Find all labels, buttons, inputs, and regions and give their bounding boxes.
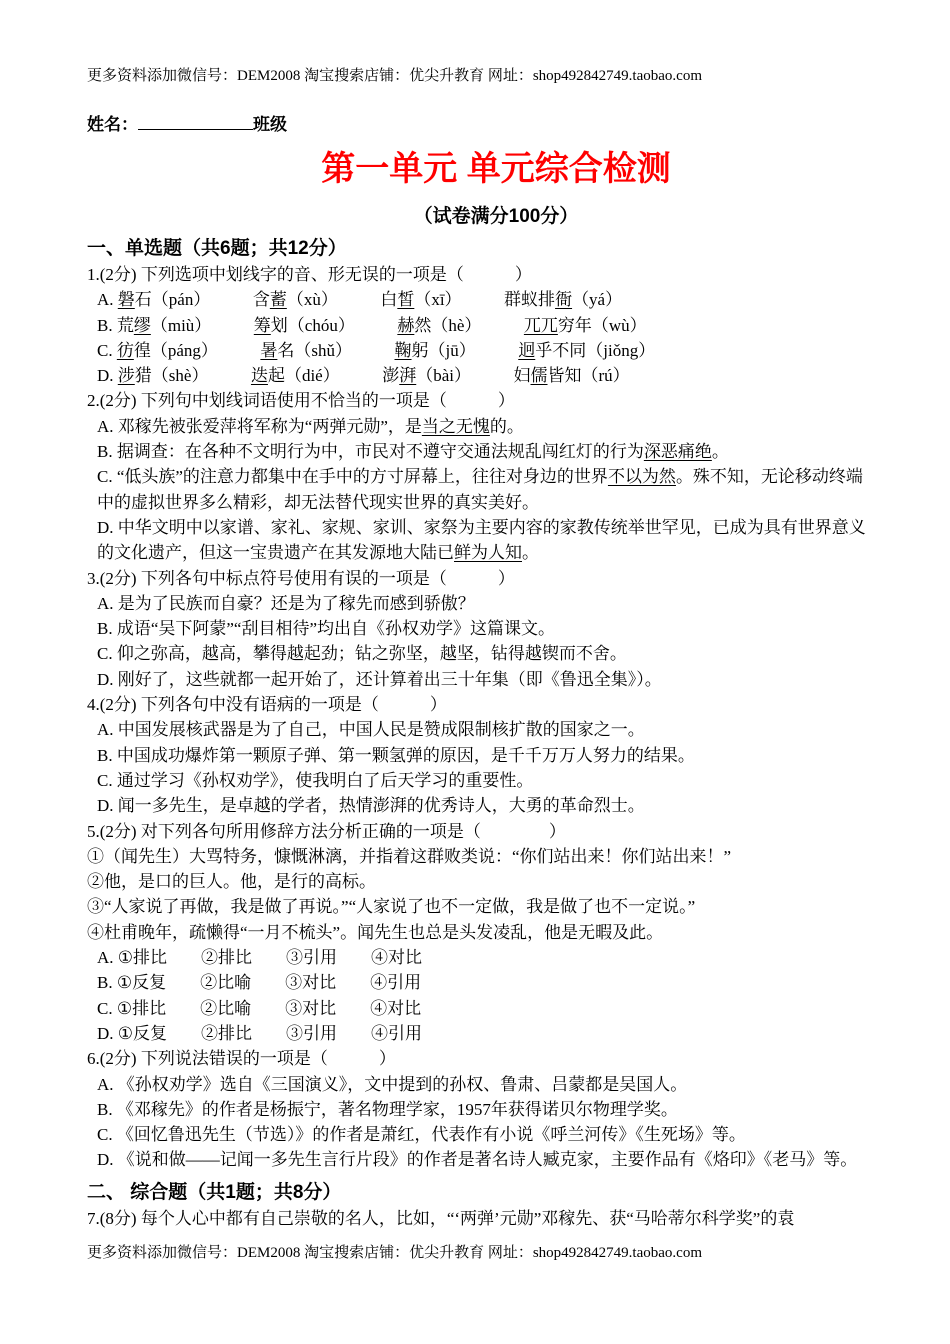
text-run: A. ①排比 ②排比 ③引用 ④对比 xyxy=(97,948,422,967)
exam-total-score: （试卷满分100分） xyxy=(87,205,905,229)
question-line: B. 荒缪（miù） 筹划（chóu） 赫然（hè） 兀兀穷年（wù） xyxy=(87,313,905,338)
question-stem: 4.(2分) 下列各句中没有语病的一项是（ ） xyxy=(87,692,905,717)
question-line: B. ①反复 ②比喻 ③对比 ④引用 xyxy=(87,970,905,995)
underlined-text: 不以为然 xyxy=(608,467,676,486)
question-line: A. 《孙权劝学》选自《三国演义》，文中提到的孙权、鲁肃、吕蒙都是吴国人。 xyxy=(87,1072,905,1097)
underlined-text: 迭 xyxy=(251,366,268,385)
underlined-text: 鞠 xyxy=(395,341,412,360)
name-class-row: 姓名：班级 xyxy=(87,112,905,138)
question-line: B. 《邓稼先》的作者是杨振宁，著名物理学家，1957年获得诺贝尔物理学奖。 xyxy=(87,1097,905,1122)
question-line: ①（闻先生）大骂特务，慷慨淋漓，并指着这群败类说：“你们站出来！你们站出来！” xyxy=(87,844,905,869)
underlined-text: 迥 xyxy=(518,341,535,360)
section-heading: 二、 综合题（共1题；共8分） xyxy=(87,1180,905,1206)
underlined-text: 兀兀 xyxy=(524,316,558,335)
question-stem: 3.(2分) 下列各句中标点符号使用有误的一项是（ ） xyxy=(87,566,905,591)
name-label: 姓名： xyxy=(87,115,138,134)
text-run: 猎（shè） xyxy=(135,366,251,385)
underlined-text: 鲜为人知 xyxy=(454,543,522,562)
question-line: B. 成语“吴下阿蒙”“刮目相待”均出自《孙权劝学》这篇课文。 xyxy=(87,616,905,641)
question-line: D. ①反复 ②排比 ③引用 ④引用 xyxy=(87,1021,905,1046)
text-run: B. 《邓稼先》的作者是杨振宁，著名物理学家，1957年获得诺贝尔物理学奖。 xyxy=(97,1100,678,1119)
text-run: 穷年（wù） xyxy=(558,316,647,335)
underlined-text: 缪 xyxy=(134,316,151,335)
question-stem: 2.(2分) 下列句中划线词语使用不恰当的一项是（ ） xyxy=(87,388,905,413)
question-line: A. 磐石（pán） 含蓄（xù） 白皙（xī） 群蚁排衙（yá） xyxy=(87,287,905,312)
question-line: C. 通过学习《孙权劝学》，使我明白了后天学习的重要性。 xyxy=(87,768,905,793)
text-run: 。 xyxy=(522,543,539,562)
text-run: （miù） xyxy=(151,316,254,335)
question-line: B. 中国成功爆炸第一颗原子弹、第一颗氢弹的原因，是千千万万人努力的结果。 xyxy=(87,743,905,768)
underlined-text: 当之无愧 xyxy=(422,417,490,436)
text-run: A. xyxy=(97,290,118,309)
text-run: C. “低头族”的注意力都集中在手中的方寸屏幕上，往往对身边的世界 xyxy=(97,467,608,486)
text-run: C. 通过学习《孙权劝学》，使我明白了后天学习的重要性。 xyxy=(97,771,533,790)
underlined-text: 涉 xyxy=(118,366,135,385)
text-run: C. 《回忆鲁迅先生（节选）》的作者是萧红，代表作有小说《呼兰河传》《生死场》等… xyxy=(97,1125,746,1144)
question-line: ②他，是口的巨人。他，是行的高标。 xyxy=(87,869,905,894)
text-run: D. xyxy=(97,366,118,385)
text-run: 的文化遗产，但这一宝贵遗产在其发源地大陆已 xyxy=(97,543,454,562)
page-footer-note: 更多资料添加微信号：DEM2008 淘宝搜索店铺：优尖升教育 网址：shop49… xyxy=(87,1243,702,1263)
question-line: D. 中华文明中以家谱、家礼、家规、家训、家祭为主要内容的家教传统举世罕见，已成… xyxy=(87,515,905,540)
text-run: A. 中国发展核武器是为了自己，中国人民是赞成限制核扩散的国家之一。 xyxy=(97,720,645,739)
underlined-text: 皙 xyxy=(397,290,414,309)
text-run: C. 仰之弥高，越高，攀得越起劲；钻之弥坚，越坚，钻得越锲而不舍。 xyxy=(97,644,627,663)
text-run: D. 中华文明中以家谱、家礼、家规、家训、家祭为主要内容的家教传统举世罕见，已成… xyxy=(97,518,866,537)
questions-container: 一、单选题（共6题；共12分）1.(2分) 下列选项中划线字的音、形无误的一项是… xyxy=(87,236,905,1231)
text-run: 躬（jū） xyxy=(412,341,519,360)
question-line: C. 《回忆鲁迅先生（节选）》的作者是萧红，代表作有小说《呼兰河传》《生死场》等… xyxy=(87,1122,905,1147)
text-run: 2.(2分) 下列句中划线词语使用不恰当的一项是（ ） xyxy=(87,391,515,410)
question-line: D. 刚好了，这些就都一起开始了，还计算着出三十年集（即《鲁迅全集》）。 xyxy=(87,667,905,692)
text-run: 皆知（rú） xyxy=(548,366,630,385)
underlined-text: 儒 xyxy=(531,366,548,385)
text-run: 然（hè） xyxy=(414,316,524,335)
text-run: ②他，是口的巨人。他，是行的高标。 xyxy=(87,872,376,891)
question-line: ④杜甫晚年，疏懒得“一月不梳头”。闻先生也总是头发凌乱，他是无暇及此。 xyxy=(87,920,905,945)
question-stem: 6.(2分) 下列说法错误的一项是（ ） xyxy=(87,1046,905,1071)
question-line: 中的虚拟世界多么精彩，却无法替代现实世界的真实美好。 xyxy=(87,490,905,515)
underlined-text: 蓄 xyxy=(270,290,287,309)
text-run: （yá） xyxy=(572,290,622,309)
text-run: 名（shǔ） xyxy=(277,341,394,360)
underlined-text: 磐 xyxy=(118,290,135,309)
question-line: C. “低头族”的注意力都集中在手中的方寸屏幕上，往往对身边的世界不以为然。殊不… xyxy=(87,464,905,489)
underlined-text: 筹 xyxy=(254,316,271,335)
text-run: ④杜甫晚年，疏懒得“一月不梳头”。闻先生也总是头发凌乱，他是无暇及此。 xyxy=(87,923,663,942)
name-blank-field xyxy=(138,114,253,130)
text-run: A. 《孙权劝学》选自《三国演义》，文中提到的孙权、鲁肃、吕蒙都是吴国人。 xyxy=(97,1075,687,1094)
text-run: C. ①排比 ②比喻 ③对比 ④对比 xyxy=(97,999,421,1018)
question-line: B. 据调查：在各种不文明行为中，市民对不遵守交通法规乱闯红灯的行为深恶痛绝。 xyxy=(87,439,905,464)
text-run: 1.(2分) 下列选项中划线字的音、形无误的一项是（ ） xyxy=(87,265,532,284)
text-run: 。殊不知，无论移动终端 xyxy=(676,467,863,486)
text-run: 5.(2分) 对下列各句所用修辞方法分析正确的一项是（ ） xyxy=(87,822,566,841)
text-run: （xù） 白 xyxy=(287,290,398,309)
text-run: 的。 xyxy=(490,417,524,436)
question-stem: 5.(2分) 对下列各句所用修辞方法分析正确的一项是（ ） xyxy=(87,819,905,844)
text-run: （xī） 群蚁排 xyxy=(414,290,555,309)
underlined-text: 衙 xyxy=(555,290,572,309)
text-run: D. 刚好了，这些就都一起开始了，还计算着出三十年集（即《鲁迅全集》）。 xyxy=(97,670,662,689)
exam-paper-page: 更多资料添加微信号：DEM2008 淘宝搜索店铺：优尖升教育 网址：shop49… xyxy=(0,0,950,1344)
text-run: 。 xyxy=(712,442,729,461)
text-run: 中的虚拟世界多么精彩，却无法替代现实世界的真实美好。 xyxy=(97,493,539,512)
question-line: A. ①排比 ②排比 ③引用 ④对比 xyxy=(87,945,905,970)
underlined-text: 赫 xyxy=(397,316,414,335)
section-heading: 一、单选题（共6题；共12分） xyxy=(87,236,905,262)
question-stem: 7.(8分) 每个人心中都有自己崇敬的名人，比如，“‘两弹’元勋”邓稼先、获“马… xyxy=(87,1206,905,1231)
text-run: A. 邓稼先被张爱萍将军称为“两弹元勋”，是 xyxy=(97,417,422,436)
text-run: 石（pán） 含 xyxy=(135,290,270,309)
text-run: B. ①反复 ②比喻 ③对比 ④引用 xyxy=(97,973,421,992)
question-line: ③“人家说了再做，我是做了再说。”“人家说了也不一定做，我是做了也不一定说。” xyxy=(87,894,905,919)
underlined-text: 彷 xyxy=(117,341,134,360)
question-line: A. 邓稼先被张爱萍将军称为“两弹元勋”，是当之无愧的。 xyxy=(87,414,905,439)
question-line: A. 是为了民族而自豪？还是为了稼先而感到骄傲？ xyxy=(87,591,905,616)
text-run: D. ①反复 ②排比 ③引用 ④引用 xyxy=(97,1024,422,1043)
text-run: （bài） 妇 xyxy=(416,366,530,385)
page-title: 第一单元 单元综合检测 xyxy=(87,146,905,192)
text-run: ①（闻先生）大骂特务，慷慨淋漓，并指着这群败类说：“你们站出来！你们站出来！” xyxy=(87,847,731,866)
text-run: 徨（páng） xyxy=(134,341,261,360)
text-run: C. xyxy=(97,341,117,360)
question-line: A. 中国发展核武器是为了自己，中国人民是赞成限制核扩散的国家之一。 xyxy=(87,717,905,742)
question-line: D. 《说和做——记闻一多先生言行片段》的作者是著名诗人臧克家，主要作品有《烙印… xyxy=(87,1147,905,1172)
question-line: D. 闻一多先生，是卓越的学者，热情澎湃的优秀诗人，大勇的革命烈士。 xyxy=(87,793,905,818)
text-run: B. 中国成功爆炸第一颗原子弹、第一颗氢弹的原因，是千千万万人努力的结果。 xyxy=(97,746,695,765)
text-run: 划（chóu） xyxy=(271,316,398,335)
text-run: 7.(8分) 每个人心中都有自己崇敬的名人，比如，“‘两弹’元勋”邓稼先、获“马… xyxy=(87,1209,794,1228)
question-line: 的文化遗产，但这一宝贵遗产在其发源地大陆已鲜为人知。 xyxy=(87,540,905,565)
text-run: B. 荒 xyxy=(97,316,134,335)
question-line: C. 彷徨（páng） 暑名（shǔ） 鞠躬（jū） 迥乎不同（jiǒng） xyxy=(87,338,905,363)
text-run: 起（dié） 澎 xyxy=(268,366,399,385)
question-line: D. 涉猎（shè） 迭起（dié） 澎湃（bài） 妇儒皆知（rú） xyxy=(87,363,905,388)
question-stem: 1.(2分) 下列选项中划线字的音、形无误的一项是（ ） xyxy=(87,262,905,287)
underlined-text: 暑 xyxy=(260,341,277,360)
underlined-text: 深恶痛绝 xyxy=(644,442,712,461)
text-run: D. 闻一多先生，是卓越的学者，热情澎湃的优秀诗人，大勇的革命烈士。 xyxy=(97,796,645,815)
text-run: A. 是为了民族而自豪？还是为了稼先而感到骄傲？ xyxy=(97,594,475,613)
exam-content: 姓名：班级 第一单元 单元综合检测 （试卷满分100分） 一、单选题（共6题；共… xyxy=(0,0,950,1231)
text-run: ③“人家说了再做，我是做了再说。”“人家说了也不一定做，我是做了也不一定说。” xyxy=(87,897,695,916)
page-header-note: 更多资料添加微信号：DEM2008 淘宝搜索店铺：优尖升教育 网址：shop49… xyxy=(87,66,702,86)
text-run: B. 成语“吴下阿蒙”“刮目相待”均出自《孙权劝学》这篇课文。 xyxy=(97,619,555,638)
text-run: 6.(2分) 下列说法错误的一项是（ ） xyxy=(87,1049,396,1068)
text-run: 4.(2分) 下列各句中没有语病的一项是（ ） xyxy=(87,695,447,714)
text-run: D. 《说和做——记闻一多先生言行片段》的作者是著名诗人臧克家，主要作品有《烙印… xyxy=(97,1150,857,1169)
text-run: 3.(2分) 下列各句中标点符号使用有误的一项是（ ） xyxy=(87,569,515,588)
question-line: C. 仰之弥高，越高，攀得越起劲；钻之弥坚，越坚，钻得越锲而不舍。 xyxy=(87,641,905,666)
underlined-text: 湃 xyxy=(399,366,416,385)
text-run: 乎不同（jiǒng） xyxy=(535,341,655,360)
question-line: C. ①排比 ②比喻 ③对比 ④对比 xyxy=(87,996,905,1021)
text-run: B. 据调查：在各种不文明行为中，市民对不遵守交通法规乱闯红灯的行为 xyxy=(97,442,644,461)
class-label: 班级 xyxy=(253,115,287,134)
